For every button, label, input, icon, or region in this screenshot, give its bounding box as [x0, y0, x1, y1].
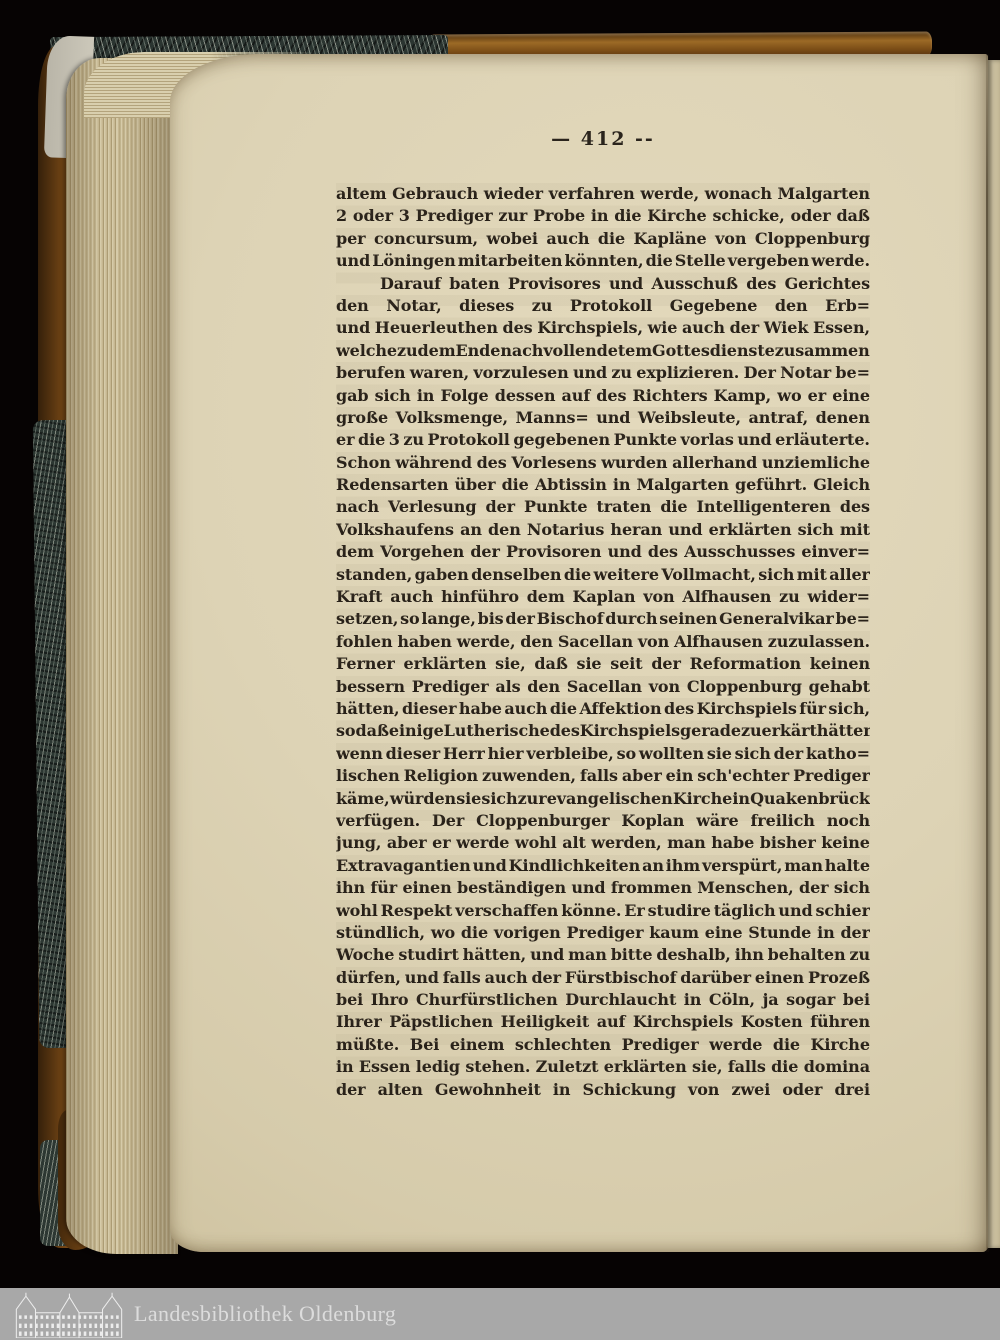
text-line: ExtravagantienundKindlichkeitenanihmvers…	[336, 855, 870, 877]
text-line: VolkshaufensandenNotariusheranunderklärt…	[336, 519, 870, 541]
text-line: deraltenGewohnheitinSchickungvonzweioder…	[336, 1079, 870, 1101]
text-line: Wochestudirthätten,undmanbittedeshalb,ih…	[336, 944, 870, 966]
text-line: käme,würdensiesichzurevangelischenKirche…	[336, 788, 870, 810]
text-line: inEssenledigstehen.Zuletzterklärtensie,f…	[336, 1056, 870, 1078]
page-text-block: altemGebrauchwiederverfahrenwerde,wonach…	[336, 183, 870, 1101]
text-line: berufenwaren,vorzulesenundzuexplizieren.…	[336, 362, 870, 384]
book-page: — 412 -- altemGebrauchwiederverfahrenwer…	[170, 54, 988, 1252]
library-name: Landesbibliothek Oldenburg	[134, 1288, 396, 1340]
text-line: SchonwährenddesVorlesenswurdenallerhandu…	[336, 452, 870, 474]
text-line: undLöningenmitarbeitenkönnten,dieStellev…	[336, 250, 870, 272]
text-line: welchezudemEndenachvollendetemGottesdien…	[336, 340, 870, 362]
text-line: bessernPredigeralsdenSacellanvonCloppenb…	[336, 676, 870, 698]
text-line: wohlRespektverschaffenkönne.Erstudiretäg…	[336, 900, 870, 922]
text-line: erdie3zuProtokollgegebenenPunktevorlasun…	[336, 429, 870, 451]
text-line: dürfen,undfallsauchderFürstbischofdarübe…	[336, 967, 870, 989]
text-line: hätten,dieserhabeauchdieAffektiondesKirc…	[336, 698, 870, 720]
text-line: RedensartenüberdieAbtissininMalgartengef…	[336, 474, 870, 496]
text-line: setzen,solange,bisderBischofdurchseinenG…	[336, 608, 870, 630]
text-line: KraftauchhinführodemKaplanvonAlfhausenzu…	[336, 586, 870, 608]
text-line: nachVerlesungderPunktetratendieIntellige…	[336, 496, 870, 518]
text-line: Fernererklärtensie,daßsieseitderReformat…	[336, 653, 870, 675]
scanned-book-page-viewer: — 412 -- altemGebrauchwiederverfahrenwer…	[0, 0, 1000, 1340]
text-line: lischenReligionzuwenden,fallsabereinsch'…	[336, 765, 870, 787]
text-line: ihnfüreinenbeständigenundfrommenMenschen…	[336, 877, 870, 899]
text-line: IhrerPäpstlichenHeiligkeitaufKirchspiels…	[336, 1011, 870, 1033]
library-building-icon	[8, 1291, 130, 1338]
text-line: beiIhroChurfürstlichenDurchlauchtinCöln,…	[336, 989, 870, 1011]
text-line: sodaßeinigeLutherischedesKirchspielsgera…	[336, 720, 870, 742]
text-line: perconcursum,wobeiauchdieKaplänevonClopp…	[336, 228, 870, 250]
text-line: jung,abererwerdewohlaltwerden,manhabebis…	[336, 832, 870, 854]
text-line: standen,gabendenselbendieweitereVollmach…	[336, 564, 870, 586]
text-line: undHeuerleuthendesKirchspiels,wieauchder…	[336, 317, 870, 339]
text-line: müßte.BeieinemschlechtenPredigerwerdedie…	[336, 1034, 870, 1056]
text-line: verfügen.DerCloppenburgerKoplanwärefreil…	[336, 810, 870, 832]
page-number: — 412 --	[336, 128, 870, 150]
text-line: denNotar,dieseszuProtokollGegebenedenErb…	[336, 295, 870, 317]
text-line: altemGebrauchwiederverfahrenwerde,wonach…	[336, 183, 870, 205]
text-line: fohlenhabenwerde,denSacellanvonAlfhausen…	[336, 631, 870, 653]
page-stack-edges-left	[66, 58, 178, 1254]
text-line: gabsichinFolgedessenaufdesRichtersKamp,w…	[336, 385, 870, 407]
text-line: großeVolksmenge,Manns=undWeibsleute,antr…	[336, 407, 870, 429]
library-footer-bar: Landesbibliothek Oldenburg	[0, 1288, 1000, 1340]
text-line: stündlich,wodievorigenPredigerkaumeineSt…	[336, 922, 870, 944]
text-line: demVorgehenderProvisorenunddesAusschusse…	[336, 541, 870, 563]
adjacent-page-sliver	[988, 60, 1000, 1248]
text-line: wenndieserHerrhierverbleibe,sowolltensie…	[336, 743, 870, 765]
text-line: 2oder3PredigerzurProbeindieKircheschicke…	[336, 205, 870, 227]
text-line: DaraufbatenProvisoresundAusschußdesGeric…	[336, 273, 870, 295]
